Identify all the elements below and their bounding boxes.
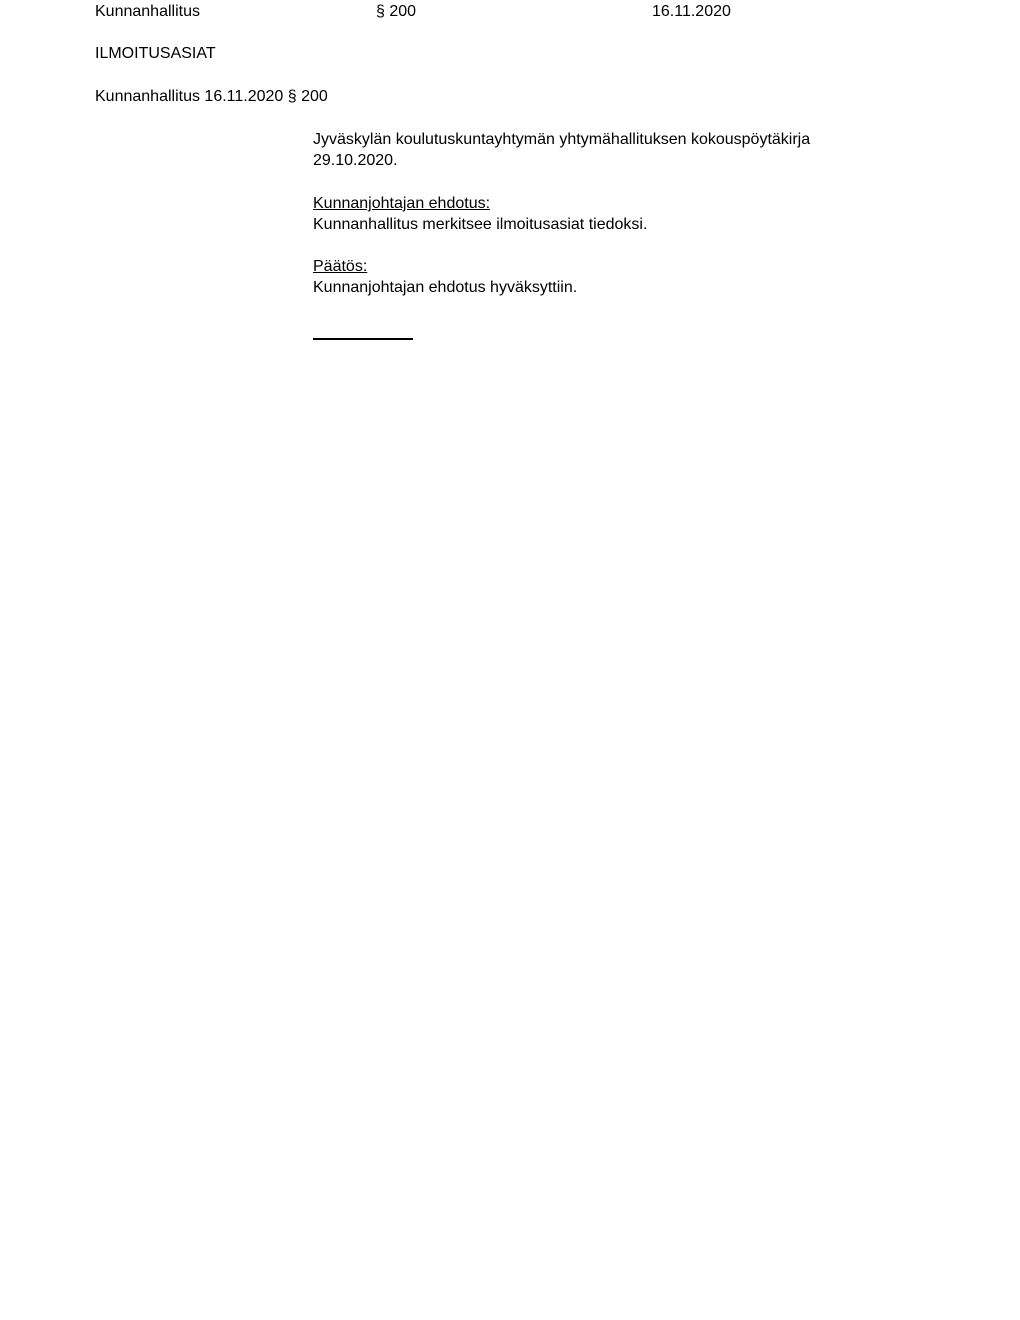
proposal-heading: Kunnanjohtajan ehdotus: <box>313 193 490 214</box>
decision-heading: Päätös: <box>313 256 367 277</box>
description-line-1: Jyväskylän koulutuskuntayhtymän yhtymäha… <box>313 129 810 150</box>
end-divider <box>313 338 413 340</box>
meeting-reference: Kunnanhallitus 16.11.2020 § 200 <box>95 86 328 107</box>
description-line-2: 29.10.2020. <box>313 150 398 171</box>
header-body-name: Kunnanhallitus <box>95 1 200 22</box>
header-section-number: § 200 <box>376 1 416 22</box>
header-date: 16.11.2020 <box>652 1 731 22</box>
document-title: ILMOITUSASIAT <box>95 43 216 64</box>
proposal-text: Kunnanhallitus merkitsee ilmoitusasiat t… <box>313 214 647 235</box>
decision-text: Kunnanjohtajan ehdotus hyväksyttiin. <box>313 277 577 298</box>
